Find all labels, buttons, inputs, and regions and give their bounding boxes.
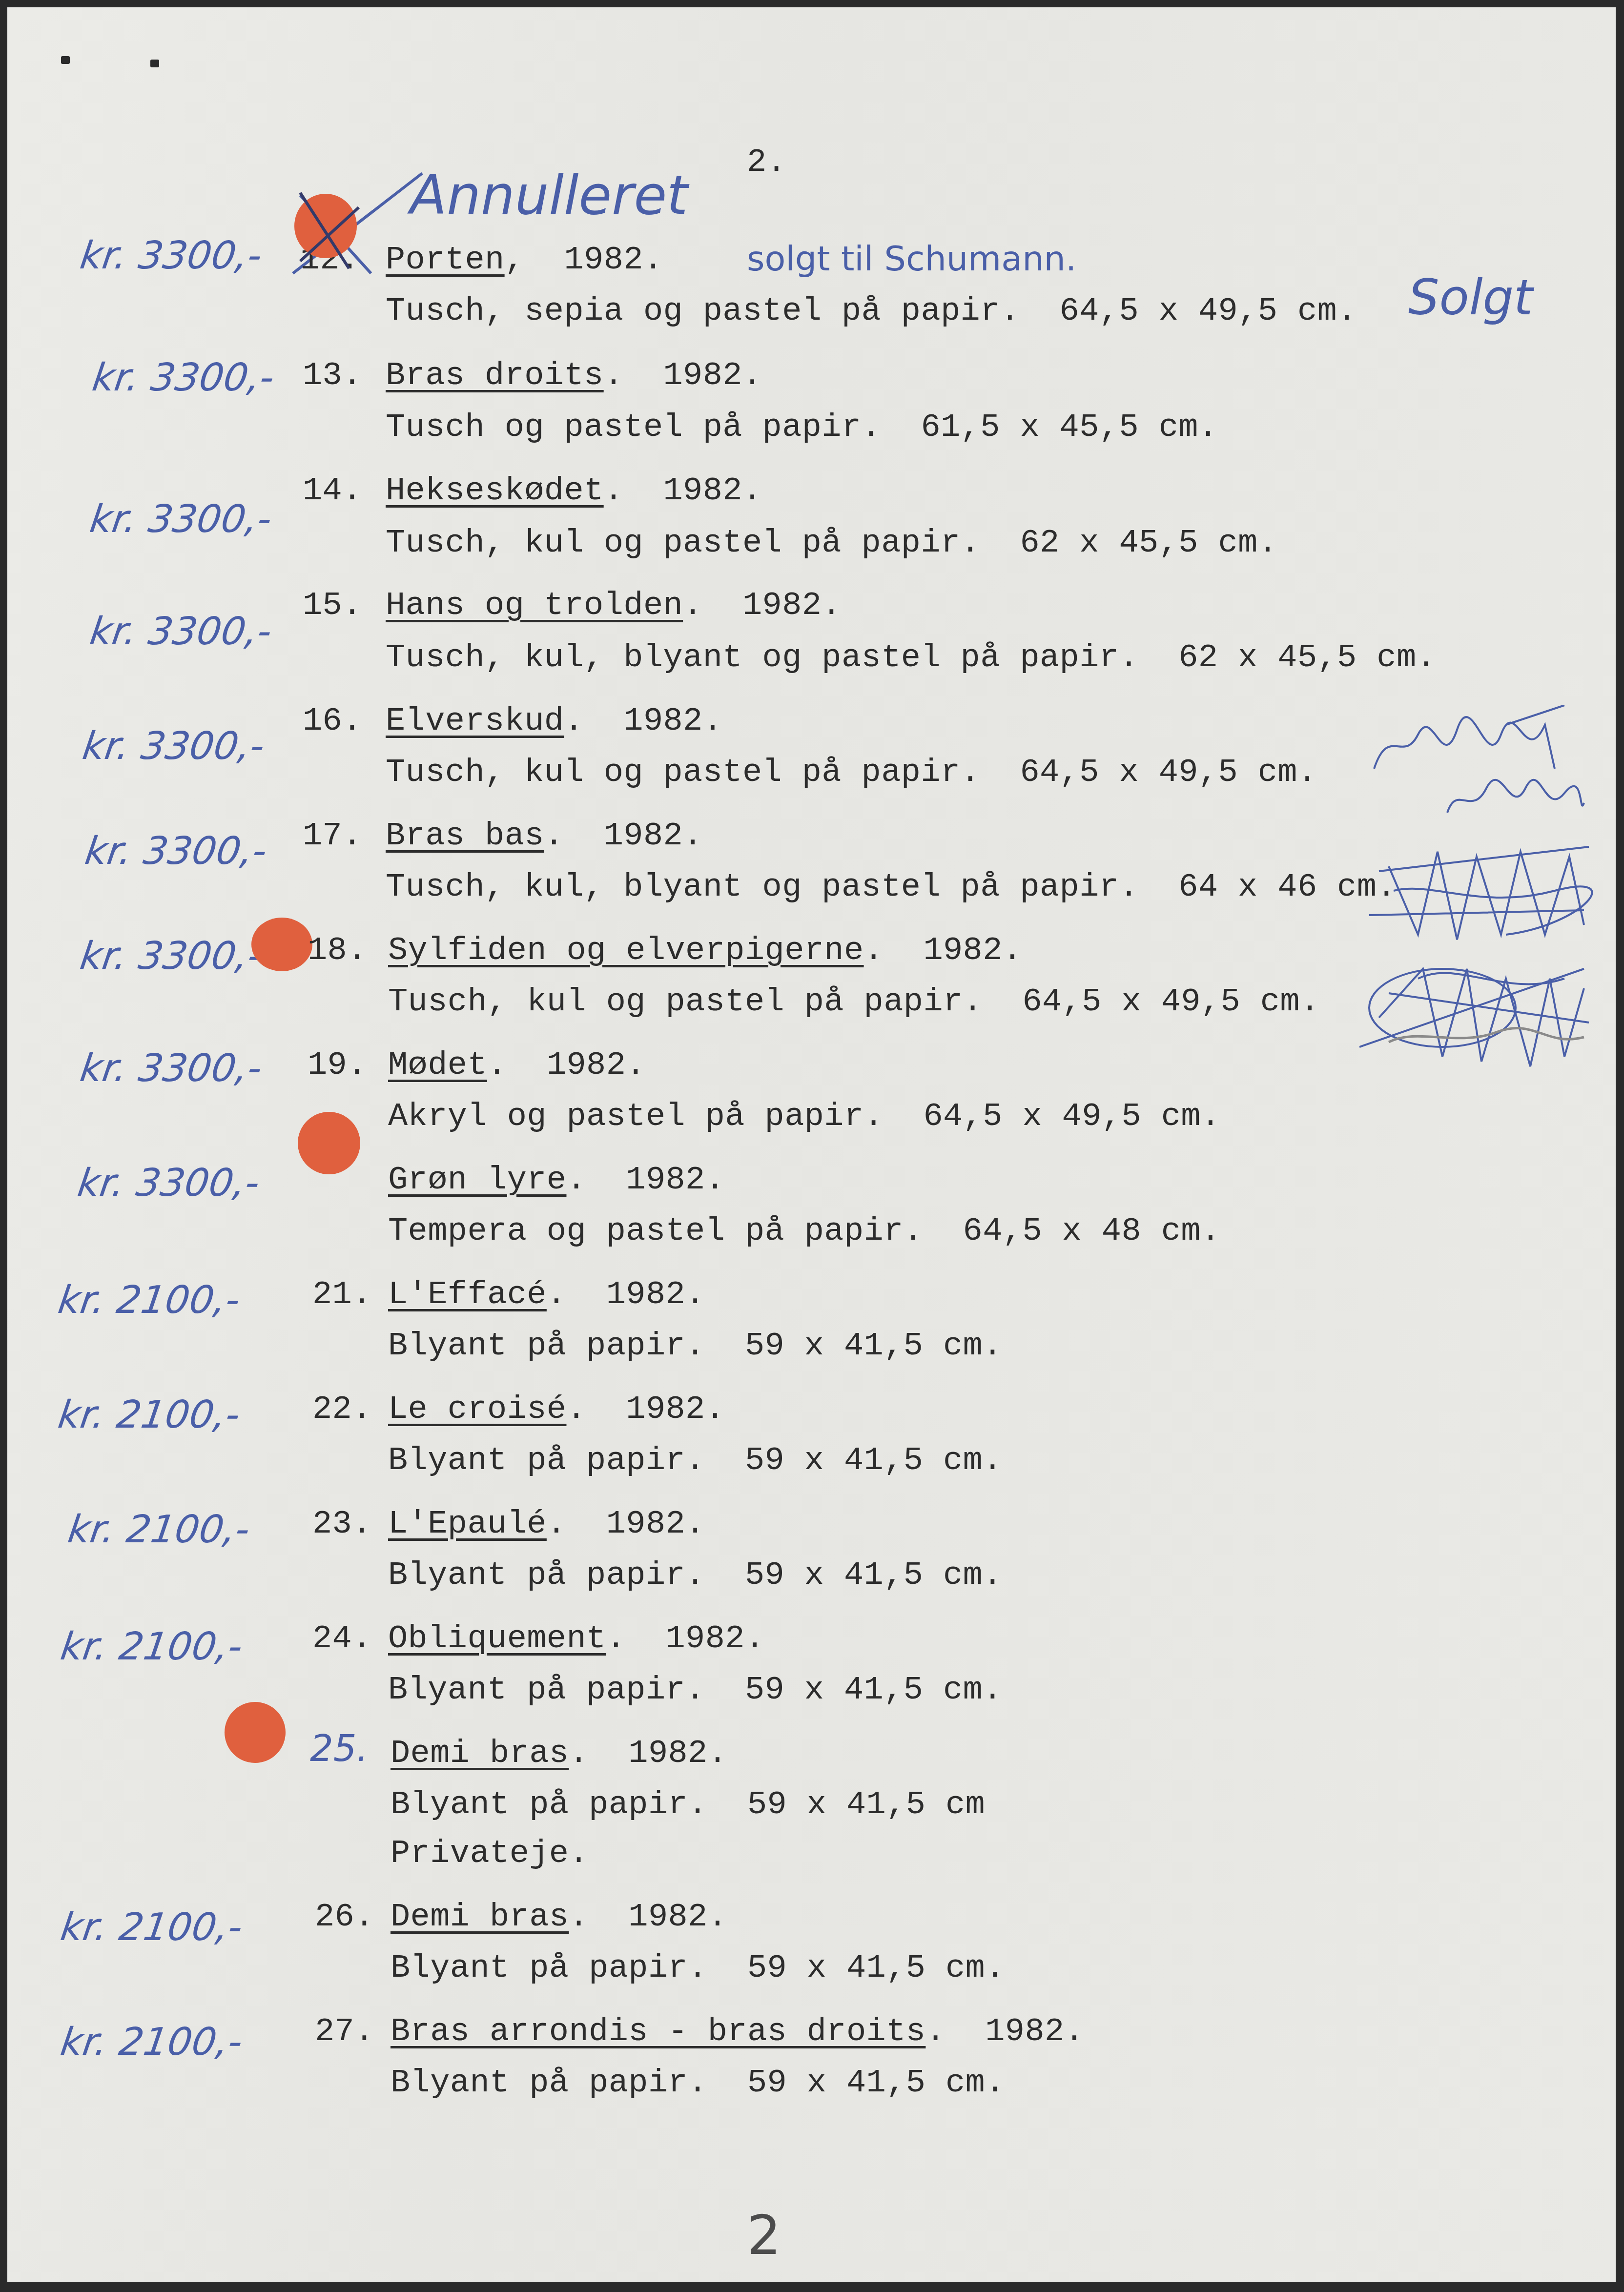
- entry-25-details: Blyant på papir. 59 x 41,5 cm: [391, 1789, 985, 1821]
- price-14: kr. 3300,-: [88, 500, 274, 538]
- entry-14-details: Tusch, kul og pastel på papir. 62 x 45,5…: [386, 527, 1277, 560]
- entry-27-details: Blyant på papir. 59 x 41,5 cm.: [391, 2067, 1005, 2100]
- entry-15-heading: Hans og trolden. 1982.: [386, 590, 842, 622]
- price-27: kr. 2100,-: [59, 2023, 245, 2061]
- entry-16-heading: Elverskud. 1982.: [386, 705, 722, 738]
- entry-21-number: 21.: [312, 1279, 372, 1311]
- entry-17-number: 17.: [303, 820, 362, 853]
- entry-17-heading: Bras bas. 1982.: [386, 820, 703, 853]
- entry-24-heading: Obliquement. 1982.: [388, 1623, 765, 1656]
- entry-26-number: 26.: [315, 1901, 374, 1934]
- entry-12-heading: Porten, 1982.: [386, 244, 663, 277]
- entry-26-heading: Demi bras. 1982.: [391, 1901, 727, 1934]
- scribbled-note-text: reserveret til ...: [1364, 730, 1368, 730]
- entry-18-details: Tusch, kul og pastel på papir. 64,5 x 49…: [388, 986, 1320, 1019]
- price-19: kr. 3300,-: [78, 1049, 265, 1087]
- entry-13-heading: Bras droits. 1982.: [386, 360, 762, 392]
- entry-20-heading: Grøn lyre. 1982.: [388, 1164, 725, 1197]
- entry-title: Porten: [386, 242, 505, 279]
- annotation-sold: Solgt: [1408, 273, 1533, 322]
- entry-26-details: Blyant på papir. 59 x 41,5 cm.: [391, 1952, 1005, 1985]
- pencil-page-number: 2: [747, 2209, 781, 2262]
- entry-22-details: Blyant på papir. 59 x 41,5 cm.: [388, 1445, 1003, 1477]
- page-number: 2.: [747, 146, 786, 179]
- entry-22-heading: Le croisé. 1982.: [388, 1393, 725, 1426]
- entry-21-details: Blyant på papir. 59 x 41,5 cm.: [388, 1330, 1003, 1363]
- red-dot-sticker: [298, 1112, 360, 1174]
- entry-23-number: 23.: [312, 1508, 372, 1541]
- entry-17-details: Tusch, kul, blyant og pastel på papir. 6…: [386, 871, 1397, 904]
- entry-12-details: Tusch, sepia og pastel på papir. 64,5 x …: [386, 295, 1357, 328]
- entry-16-number: 16.: [303, 705, 362, 738]
- entry-25-heading: Demi bras. 1982.: [391, 1738, 727, 1770]
- entry-24-number: 24.: [312, 1623, 372, 1656]
- entry-13-details: Tusch og pastel på papir. 61,5 x 45,5 cm…: [386, 411, 1218, 444]
- entry-year: 1982.: [564, 242, 663, 279]
- price-23: kr. 2100,-: [66, 1511, 252, 1549]
- entry-22-number: 22.: [312, 1393, 372, 1426]
- annotation-cancelled: Annulleret: [410, 168, 688, 222]
- price-17: kr. 3300,-: [83, 832, 269, 870]
- entry-16-details: Tusch, kul og pastel på papir. 64,5 x 49…: [386, 757, 1317, 789]
- price-13: kr. 3300,-: [90, 359, 277, 397]
- price-16: kr. 3300,-: [81, 727, 267, 765]
- entry-27-number: 27.: [315, 2016, 374, 2048]
- entry-27-heading: Bras arrondis - bras droits. 1982.: [391, 2016, 1084, 2048]
- red-dot-sticker: [251, 918, 312, 971]
- entry-15-number: 15.: [303, 590, 362, 622]
- entry-19-heading: Mødet. 1982.: [388, 1049, 646, 1082]
- price-15: kr. 3300,-: [88, 613, 274, 651]
- entry-19-details: Akryl og pastel på papir. 64,5 x 49,5 cm…: [388, 1101, 1220, 1133]
- price-12: kr. 3300,-: [78, 237, 265, 275]
- entry-13-number: 13.: [303, 360, 362, 392]
- entry-14-heading: Hekseskødet. 1982.: [386, 475, 762, 508]
- entry-25-ownership: Privateje.: [391, 1838, 589, 1870]
- entry-18-number: 18.: [308, 935, 367, 967]
- annotation-sold-to: solgt til Schumann.: [747, 242, 1076, 276]
- price-18: kr. 3300,-: [78, 937, 265, 975]
- price-22: kr. 2100,-: [56, 1396, 243, 1434]
- entry-15-details: Tusch, kul, blyant og pastel på papir. 6…: [386, 642, 1436, 675]
- price-26: kr. 2100,-: [59, 1908, 245, 1946]
- entry-18-heading: Sylfiden og elverpigerne. 1982.: [388, 935, 1022, 967]
- price-24: kr. 2100,-: [59, 1628, 245, 1666]
- entry-25-number: 25.: [310, 1730, 368, 1767]
- price-20: kr. 3300,-: [76, 1164, 262, 1202]
- entry-21-heading: L'Effacé. 1982.: [388, 1279, 705, 1311]
- entry-23-details: Blyant på papir. 59 x 41,5 cm.: [388, 1559, 1003, 1592]
- price-21: kr. 2100,-: [56, 1281, 243, 1319]
- scribbled-out-note: [1359, 705, 1613, 1076]
- entry-23-heading: L'Epaulé. 1982.: [388, 1508, 705, 1541]
- entry-19-number: 19.: [308, 1049, 367, 1082]
- punch-hole-right: [150, 60, 159, 67]
- entry-24-details: Blyant på papir. 59 x 41,5 cm.: [388, 1674, 1003, 1707]
- document-page: 2. Annulleret solgt til Schumann. Solgt …: [7, 7, 1616, 2282]
- red-dot-sticker: [225, 1702, 286, 1763]
- punch-hole-left: [61, 56, 70, 64]
- entry-20-details: Tempera og pastel på papir. 64,5 x 48 cm…: [388, 1215, 1220, 1248]
- sticker-cross-icon: [290, 188, 369, 271]
- entry-14-number: 14.: [303, 475, 362, 508]
